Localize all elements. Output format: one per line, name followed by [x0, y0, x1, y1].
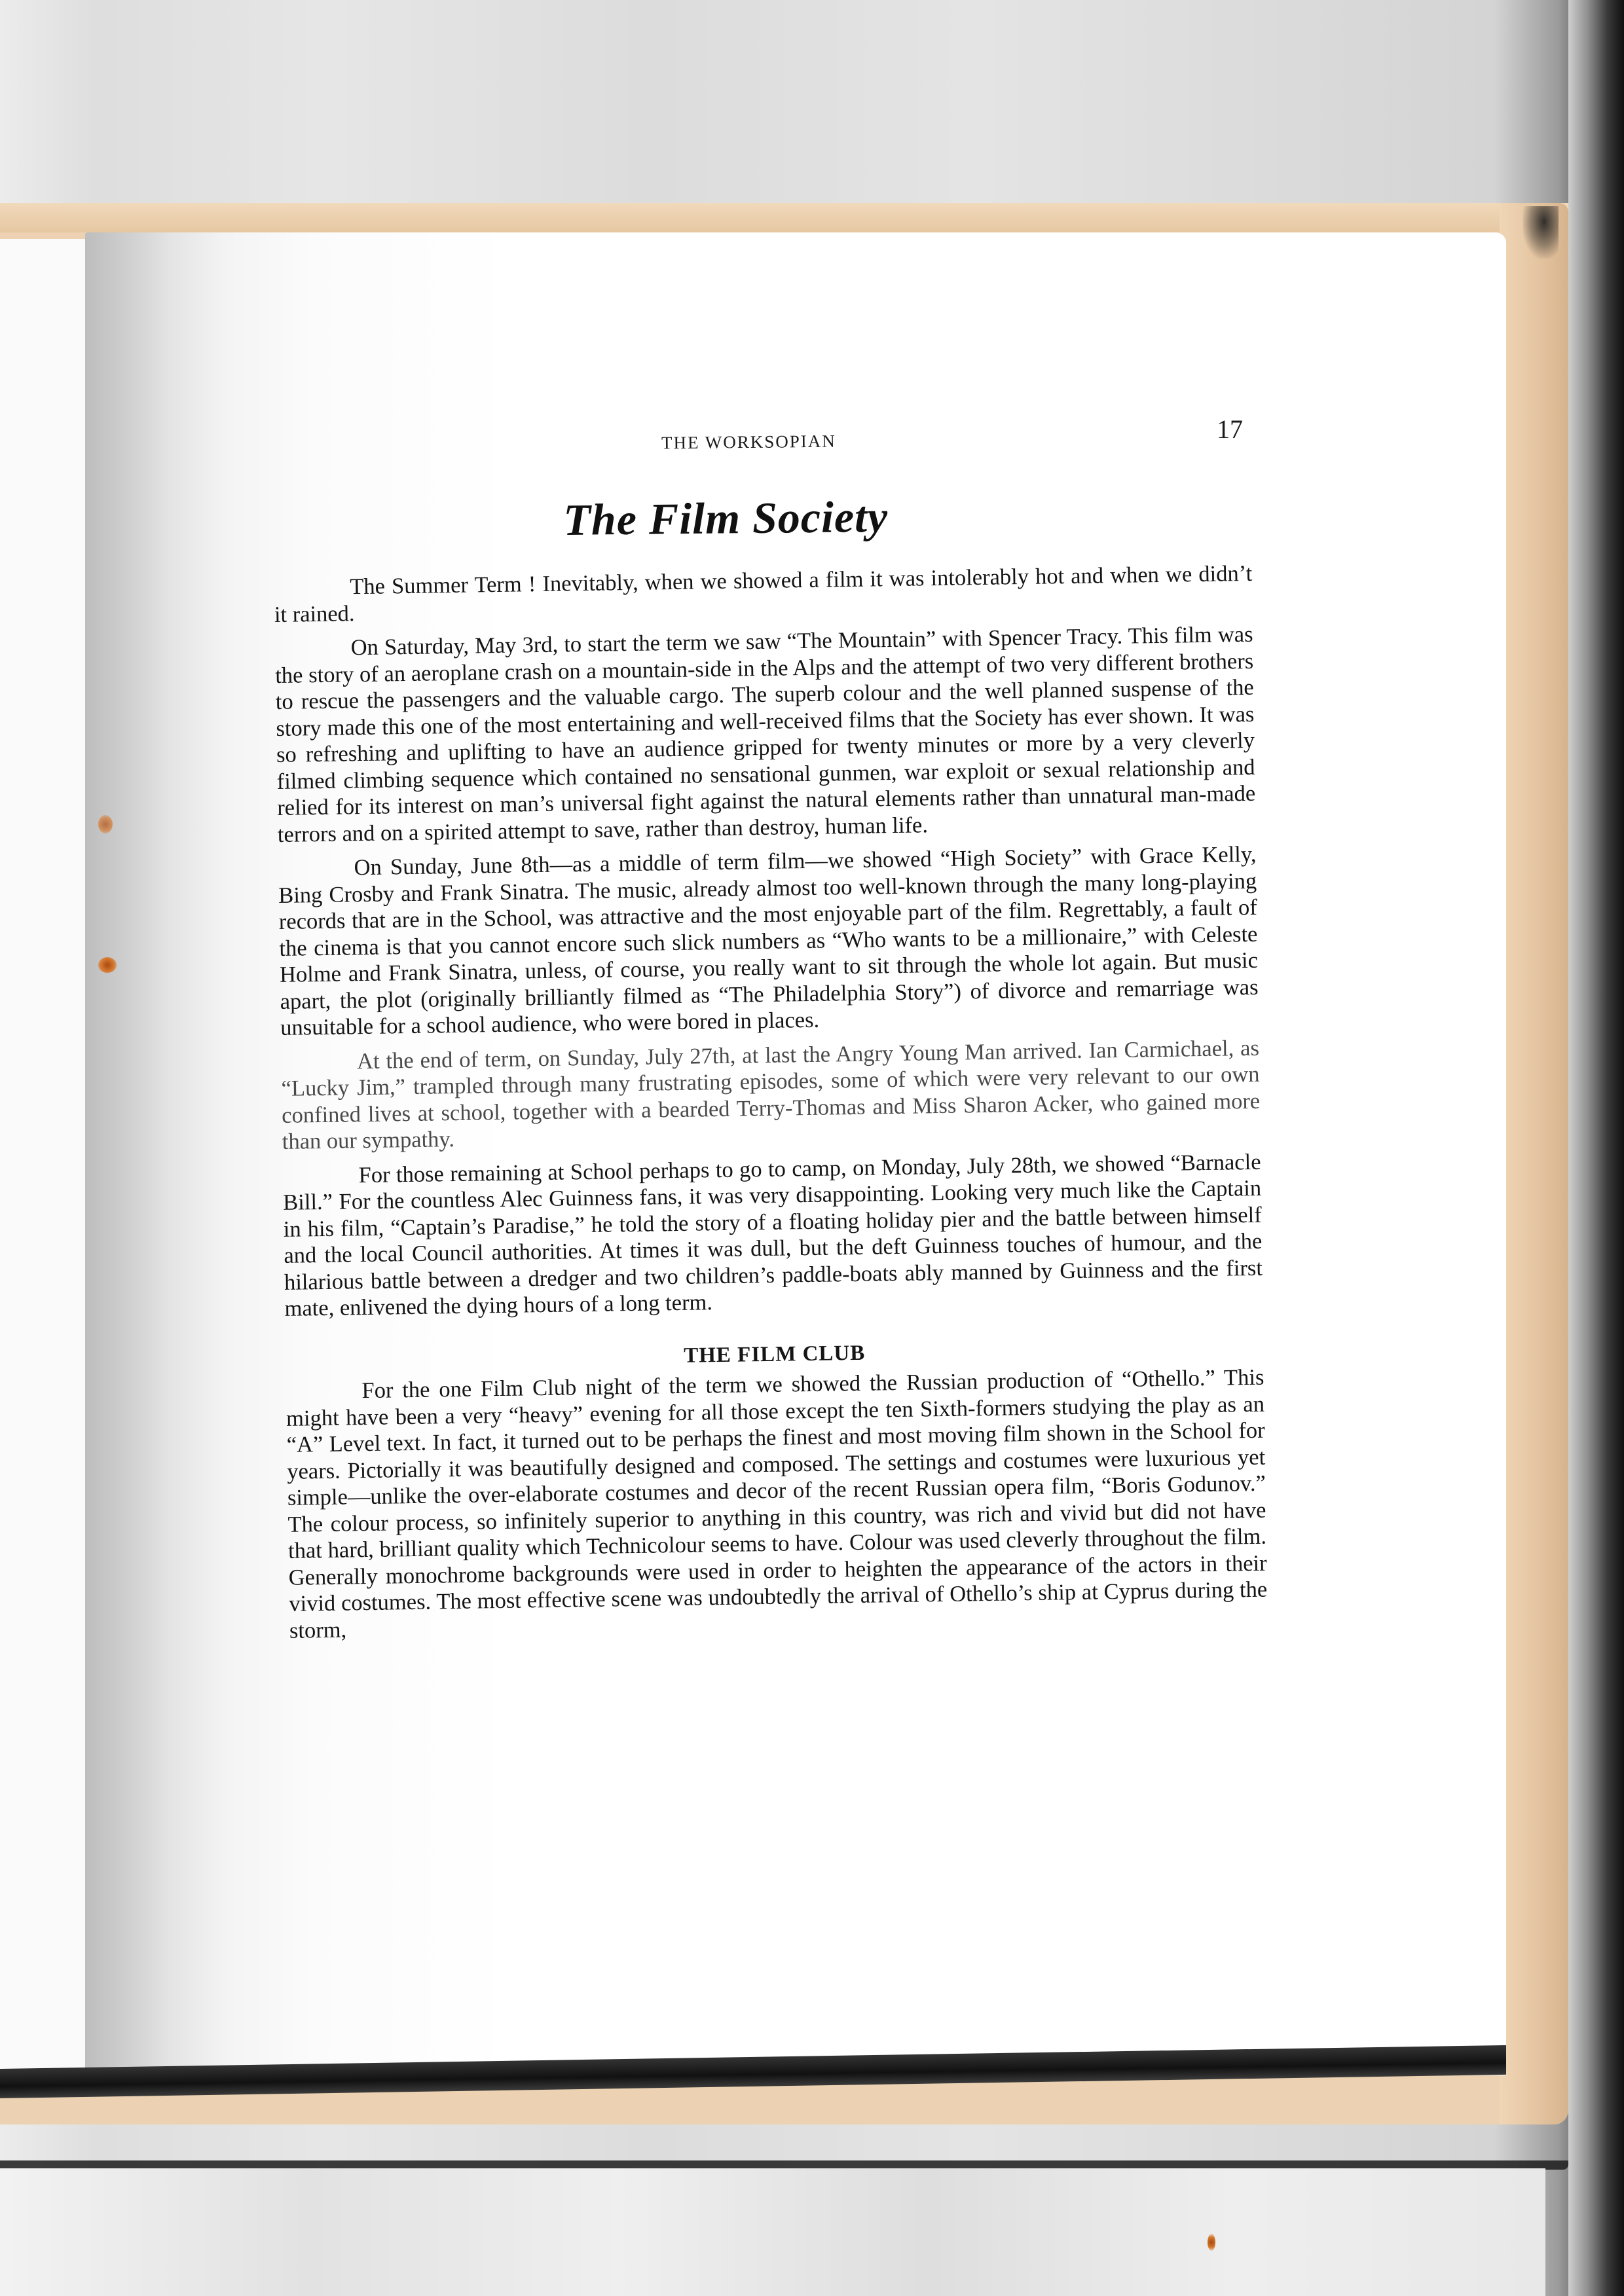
page-number: 17	[1217, 414, 1243, 445]
cover-corner-wear	[1522, 206, 1559, 259]
scanner-edge-shadow	[1568, 0, 1624, 2296]
paragraph-high-society: On Sunday, June 8th—as a middle of term …	[278, 841, 1259, 1042]
foxing-spot	[1208, 2234, 1215, 2251]
running-head: THE WORKSOPIAN	[661, 431, 836, 454]
paragraph-lucky-jim: At the end of term, on Sunday, July 27th…	[281, 1034, 1261, 1155]
scanner-bed	[0, 2168, 1545, 2296]
article-body: The Summer Term ! Inevitably, when we sh…	[274, 560, 1268, 1652]
foxing-spot	[98, 815, 113, 833]
paragraph-the-mountain: On Saturday, May 3rd, to start the term …	[274, 621, 1256, 848]
book-cover-right-edge	[1500, 203, 1568, 2124]
paragraph-othello: For the one Film Club night of the term …	[286, 1364, 1268, 1644]
page-title: The Film Society	[563, 491, 889, 546]
foxing-spot	[98, 957, 117, 973]
paragraph-barnacle-bill: For those remaining at School perhaps to…	[282, 1148, 1263, 1322]
facing-page-edge	[0, 239, 85, 2079]
book-cover-top-edge	[0, 203, 1568, 232]
